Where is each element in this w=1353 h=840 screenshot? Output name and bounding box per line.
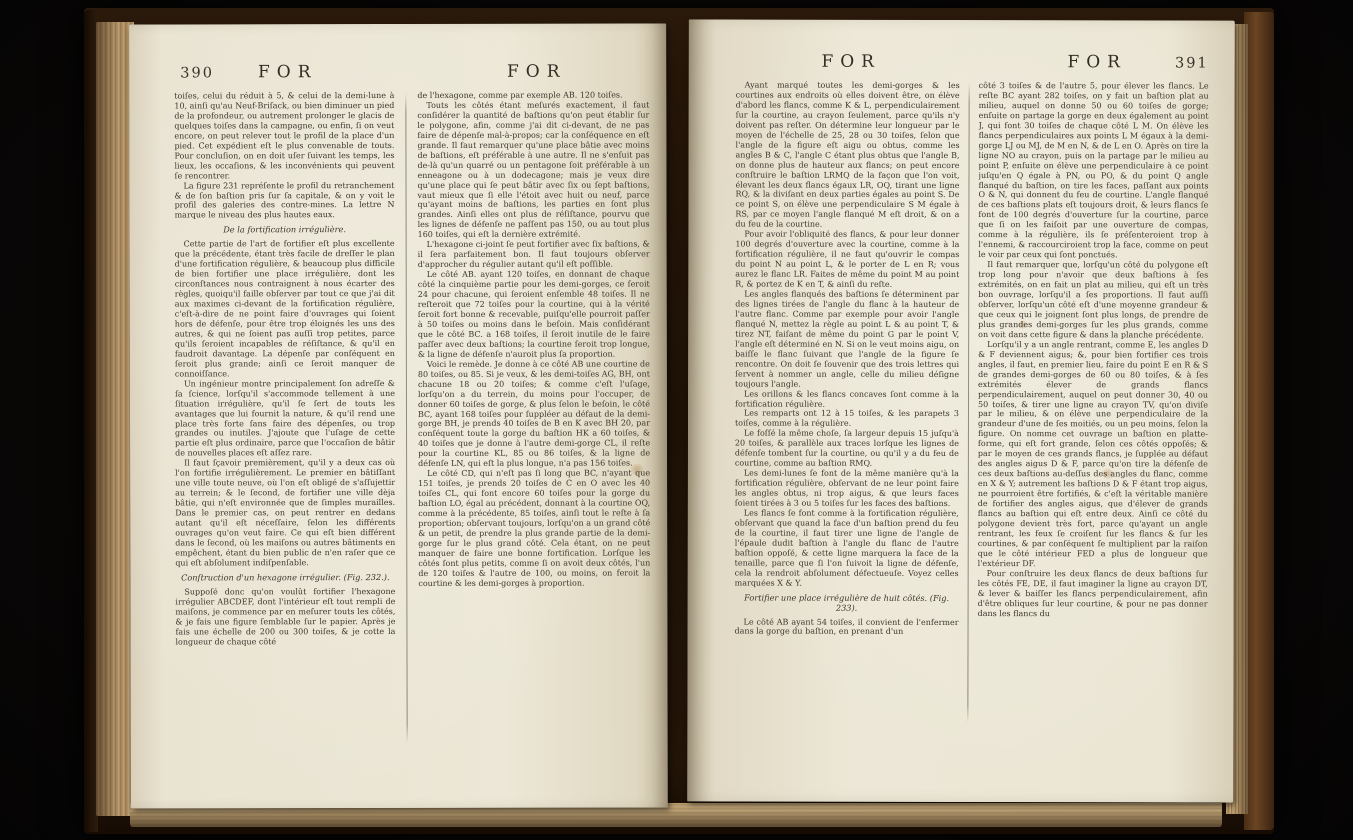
page-stack-edge-left <box>96 22 134 816</box>
photo-background: { "book": { "left_page": { "page_number"… <box>0 0 1353 840</box>
book-cover-right-edge <box>1244 12 1274 830</box>
paragraph: Les flancs ſe font comme à la fortificat… <box>735 509 959 589</box>
page-391-content: FOR FOR 391 Ayant marqué toutes les demi… <box>687 19 1234 723</box>
paragraph: Les remparts ont 12 à 15 toiſes, & les p… <box>735 409 959 429</box>
running-title: FOR <box>251 62 318 82</box>
paragraph: Le côté AB. ayant 120 toiſes, en donnant… <box>418 270 650 360</box>
column-rule <box>405 93 407 743</box>
paragraph: Le côté CD, qui n'eſt pas ſi long que BC… <box>418 469 650 589</box>
paragraph: Les angles flanqués des baſtions ſe déte… <box>735 290 959 390</box>
paragraph: Pour avoir l'obliquité des flancs, & pou… <box>735 230 959 290</box>
running-head: 390 FOR FOR <box>174 61 649 82</box>
section-heading: De la fortification irrégulière. <box>177 225 393 235</box>
running-head-col2: FOR <box>417 61 649 81</box>
paragraph: Lorſqu'il y a un angle rentrant, comme E… <box>978 340 1208 569</box>
paragraph: Touts les côtés étant meſurés exactement… <box>417 100 649 240</box>
column-2: côté 3 toiſes & de l'autre 5, pour éleve… <box>977 81 1208 723</box>
running-title: FOR <box>500 62 567 82</box>
page-390: 390 FOR FOR toiſes, celui du réduit à 5,… <box>129 23 668 808</box>
running-title: FOR <box>814 52 881 72</box>
column-rule <box>967 83 969 723</box>
paragraph: de l'hexagone, comme par exemple AB. 120… <box>417 90 649 100</box>
running-head-col1: FOR <box>736 52 960 72</box>
paragraph: côté 3 toiſes & de l'autre 5, pour éleve… <box>978 81 1208 261</box>
paragraph: Le côté AB ayant 54 toiſes, il convient … <box>735 617 959 637</box>
paragraph: L'hexagone ci-joint ſe peut fortifier av… <box>418 240 650 270</box>
running-head: FOR FOR 391 <box>736 52 1209 73</box>
paragraph: Cette partie de l'art de fortifier eſt p… <box>175 239 395 379</box>
paragraph: La figure 231 repréſente le profil du re… <box>175 181 395 221</box>
paragraph: Un ingénieur montre principalement ſon a… <box>175 379 395 459</box>
paragraph: Les demi-lunes ſe font de la même manièr… <box>735 469 959 509</box>
column-1: Ayant marqué toutes les demi-gorges & le… <box>734 81 959 723</box>
open-book: 390 FOR FOR toiſes, celui du réduit à 5,… <box>84 8 1274 834</box>
text-columns: toiſes, celui du réduit à 5, & celui de … <box>174 90 650 743</box>
text-columns: Ayant marqué toutes les demi-gorges & le… <box>734 81 1208 724</box>
running-head-col2: FOR 391 <box>979 52 1209 72</box>
section-heading: Fortifier une place irrégulière de huit … <box>737 593 957 613</box>
paragraph: Pour conſtruire les deux flancs de deux … <box>978 569 1208 619</box>
paragraph: Il faut ſçavoir premièrement, qu'il y a … <box>175 458 395 568</box>
column-1: toiſes, celui du réduit à 5, & celui de … <box>174 91 395 743</box>
running-title: FOR <box>1060 52 1127 72</box>
paragraph: Suppoſé donc qu'on voulût fortifier l'he… <box>175 587 395 647</box>
page-number: 390 <box>180 65 214 81</box>
paragraph: Les orillons & les flancs concaves ſont … <box>735 389 959 409</box>
paragraph: toiſes, celui du réduit à 5, & celui de … <box>174 91 394 181</box>
column-2: de l'hexagone, comme par exemple AB. 120… <box>417 90 650 742</box>
page-number: 391 <box>1175 55 1209 71</box>
paragraph: Le foſſé la même choſe, ſa largeur depui… <box>735 429 959 469</box>
paragraph: Ayant marqué toutes les demi-gorges & le… <box>735 81 959 231</box>
page-391: FOR FOR 391 Ayant marqué toutes les demi… <box>687 19 1235 802</box>
paragraph: Voici le remède. Je donne à ce côté AB u… <box>418 359 650 469</box>
section-heading: Conſtruction d'un hexagone irrégulier. (… <box>177 573 393 583</box>
running-head-col1: 390 FOR <box>174 62 394 82</box>
page-390-content: 390 FOR FOR toiſes, celui du réduit à 5,… <box>129 23 668 743</box>
paragraph: Il faut remarquer que, lorſqu'un côté du… <box>978 260 1208 340</box>
